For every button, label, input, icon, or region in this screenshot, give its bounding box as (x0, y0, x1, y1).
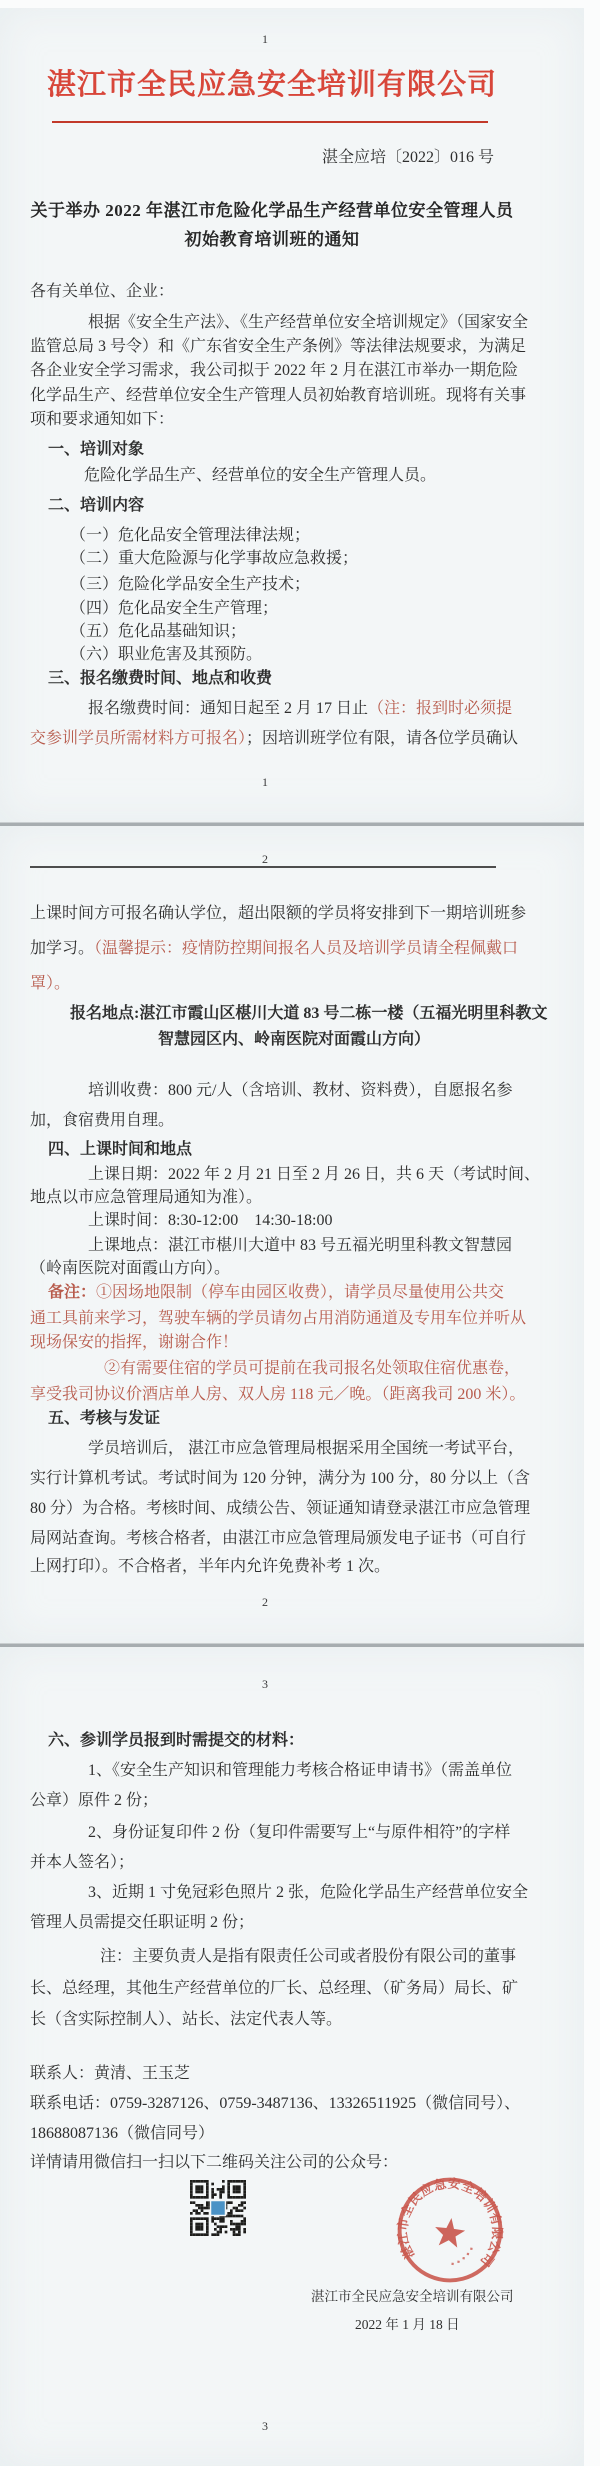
doc-number: 湛全应培〔2022〕016 号 (322, 148, 494, 167)
body-line: 各企业安全学习需求，我公司拟于 2022 年 2 月在湛江市举办一期危险 (30, 361, 518, 380)
note-line: 享受我司协议价酒店单人房、双人房 118 元／晚。（距离我司 200 米）。 (30, 1385, 525, 1404)
class-place-line: （岭南医院对面霞山方向）。 (30, 1259, 230, 1278)
note-line: 通工具前来学习，驾驶车辆的学员请勿占用消防通道及专用车位并听从 (30, 1309, 526, 1328)
body-line: 危险化学品生产、经营单位的安全生产管理人员。 (84, 466, 436, 485)
signature-date: 2022 年 1 月 18 日 (355, 2315, 460, 2334)
page-1: 1 湛江市全民应急安全培训有限公司 湛全应培〔2022〕016 号 关于举办 2… (0, 8, 584, 822)
page-number-bottom: 2 (0, 1593, 530, 1612)
list-item: （二）重大危险源与化学事故应急救援； (70, 549, 358, 568)
page-3: 3 六、参训学员报到时需提交的材料： 1、《安全生产知识和管理能力考核合格证申请… (0, 1647, 584, 2466)
seal-star-icon (433, 2216, 467, 2248)
scanned-document: 1 湛江市全民应急安全培训有限公司 湛全应培〔2022〕016 号 关于举办 2… (0, 0, 600, 2466)
company-letterhead: 湛江市全民应急安全培训有限公司 (0, 76, 544, 95)
list-item: （一）危化品安全管理法律法规； (70, 526, 310, 545)
list-item: （五）危化品基础知识； (70, 622, 246, 641)
notice-title-line2: 初始教育培训班的通知 (0, 230, 544, 249)
section-heading-4: 四、上课时间和地点 (48, 1140, 192, 1159)
text-segment-red: （注：报到时必须提 (368, 700, 512, 717)
class-time-line: 上课时间：8:30-12:00 14:30-18:00 (88, 1211, 332, 1230)
qr-code-image (190, 2180, 246, 2236)
body-line: 罩）。 (30, 974, 70, 993)
exam-line: 学员培训后， 湛江市应急管理局根据采用全国统一考试平台， (88, 1439, 524, 1458)
exam-line: 上网打印）。不合格者，半年内允许免费补考 1 次。 (30, 1557, 390, 1576)
note-line: 现场保安的指挥，谢谢合作！ (30, 1333, 238, 1352)
body-line: 监管总局 3 号令）和《广东省安全生产条例》等法律法规要求，为满足 (30, 337, 526, 356)
qr-caption: 详情请用微信扫一扫以下二维码关注公司的公众号： (30, 2153, 398, 2172)
body-line: 加学习。（温馨提示：疫情防控期间报名人员及培训学员请全程佩戴口 (30, 939, 518, 958)
exam-line: 实行计算机考试。考试时间为 120 分钟，满分为 100 分，80 分以上（含 (30, 1469, 530, 1488)
class-date-line: 上课日期：2022 年 2 月 21 日至 2 月 26 日，共 6 天（考试时… (88, 1165, 540, 1184)
material-line: 公章）原件 2 份； (30, 1791, 158, 1810)
body-line: 项和要求通知如下： (30, 410, 174, 429)
text-segment-red: 交参训学员所需材料方可报名） (30, 730, 246, 747)
registration-address-line2: 智慧园区内、岭南医院对面霞山方向） (36, 1030, 552, 1049)
note-line: ②有需要住宿的学员可提前在我司报名处领取住宿优惠卷， (104, 1359, 520, 1378)
note-line: 长、总经理，其他生产经营单位的厂长、总经理、（矿务局）局长、矿 (30, 1979, 518, 1998)
section-heading-6: 六、参训学员报到时需提交的材料： (48, 1731, 304, 1750)
contact-phone: 18688087136（微信同号） (30, 2124, 214, 2143)
page-number-top: 1 (0, 30, 530, 49)
header-rule (30, 866, 496, 868)
body-line: 化学品生产、经营单位安全生产管理人员初始教育培训班。现将有关事 (30, 386, 526, 405)
page-2: 2 上课时间方可报名确认学位，超出限额的学员将安排到下一期培训班参 加学习。（温… (0, 826, 584, 1643)
material-line: 3、近期 1 寸免冠彩色照片 2 张，危险化学品生产经营单位安全 (88, 1883, 528, 1902)
material-line: 2、身份证复印件 2 份（复印件需要写上“与原件相符”的字样 (88, 1823, 510, 1842)
letterhead-rule (52, 121, 488, 123)
body-line: 根据《安全生产法》、《生产经营单位安全培训规定》（国家安全 (88, 313, 528, 332)
class-date-line: 地点以市应急管理局通知为准）。 (30, 1188, 262, 1207)
material-line: 并本人签名）； (30, 1853, 134, 1872)
page-number-top: 3 (0, 1675, 530, 1694)
seal-graphic: 湛江市全民应急安全培训有限公司 (388, 2168, 513, 2293)
text-segment: ；因培训班学位有限，请各位学员确认 (246, 730, 518, 747)
material-line: 1、《安全生产知识和管理能力考核合格证申请书》（需盖单位 (88, 1761, 512, 1780)
body-line: 交参训学员所需材料方可报名）；因培训班学位有限，请各位学员确认 (30, 729, 518, 748)
qr-code (190, 2180, 246, 2236)
body-line: 上课时间方可报名确认学位，超出限额的学员将安排到下一期培训班参 (30, 904, 526, 923)
exam-line: 局网站查询。考核合格者，由湛江市应急管理局颁发电子证书（可自行 (30, 1529, 526, 1548)
section-heading-2: 二、培训内容 (48, 496, 144, 515)
class-place-line: 上课地点：湛江市椹川大道中 83 号五福光明里科教文智慧园 (88, 1236, 512, 1255)
salutation: 各有关单位、企业： (30, 282, 174, 301)
material-line: 管理人员需提交任职证明 2 份； (30, 1913, 254, 1932)
registration-address-line1: 报名地点:湛江市霞山区椹川大道 83 号二栋一楼（五福光明里科教文 (70, 1004, 547, 1023)
text-segment-red: ①因场地限制（停车由园区收费），请学员尽量使用公共交 (96, 1284, 504, 1301)
list-item: （六）职业危害及其预防。 (70, 645, 262, 664)
text-segment: 报名缴费时间：通知日起至 2 月 17 日止 (88, 700, 368, 717)
note-label: 备注： (48, 1284, 96, 1301)
page-number-bottom: 3 (0, 2417, 530, 2436)
note-line: 长（含实际控制人）、站长、法定代表人等。 (30, 2010, 342, 2029)
page-number-bottom: 1 (0, 773, 530, 792)
fee-line: 培训收费：800 元/人（含培训、教材、资料费），自愿报名参 (88, 1081, 512, 1100)
contact-person: 联系人：黄清、王玉芝 (30, 2064, 190, 2083)
body-line: 报名缴费时间：通知日起至 2 月 17 日止（注：报到时必须提 (88, 699, 512, 718)
text-segment: 加学习。 (30, 940, 94, 957)
seal-serial-marks (451, 2246, 472, 2268)
section-heading-1: 一、培训对象 (48, 440, 144, 459)
section-heading-3: 三、报名缴费时间、地点和收费 (48, 669, 272, 688)
fee-line: 加，食宿费用自理。 (30, 1111, 174, 1130)
section-heading-5: 五、考核与发证 (48, 1409, 160, 1428)
company-seal-stamp: 湛江市全民应急安全培训有限公司 (388, 2168, 513, 2293)
exam-line: 80 分）为合格。考核时间、成绩公告、领证通知请登录湛江市应急管理 (30, 1499, 530, 1518)
note-line: 注：主要负责人是指有限责任公司或者股份有限公司的董事 (100, 1947, 516, 1966)
list-item: （三）危险化学品安全生产技术； (70, 575, 310, 594)
contact-phone: 联系电话：0759-3287126、0759-3487136、133265119… (30, 2094, 520, 2113)
list-item: （四）危化品安全生产管理； (70, 599, 278, 618)
text-segment-red: （温馨提示：疫情防控期间报名人员及培训学员请全程佩戴口 (94, 940, 518, 957)
notice-title-line1: 关于举办 2022 年湛江市危险化学品生产经营单位安全管理人员 (0, 201, 544, 220)
note-line: 备注：①因场地限制（停车由园区收费），请学员尽量使用公共交 (48, 1283, 504, 1302)
